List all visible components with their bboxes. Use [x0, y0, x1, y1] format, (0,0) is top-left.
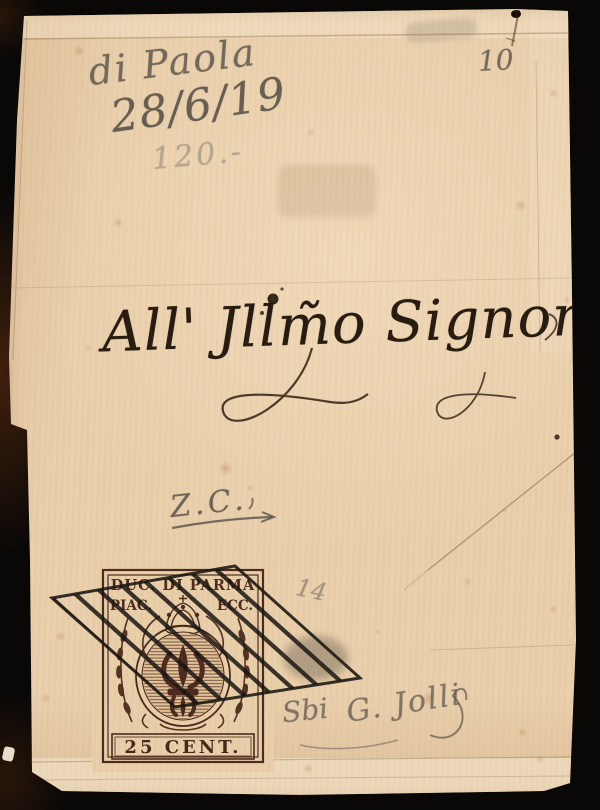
photo-background: di Paola 28/6/19 120.- 10 All' Jllm̃o Si… — [0, 0, 600, 810]
paper-scrap — [2, 746, 16, 762]
folded-letter-cover: di Paola 28/6/19 120.- 10 All' Jllm̃o Si… — [0, 0, 600, 810]
signature-flourish — [0, 0, 600, 810]
